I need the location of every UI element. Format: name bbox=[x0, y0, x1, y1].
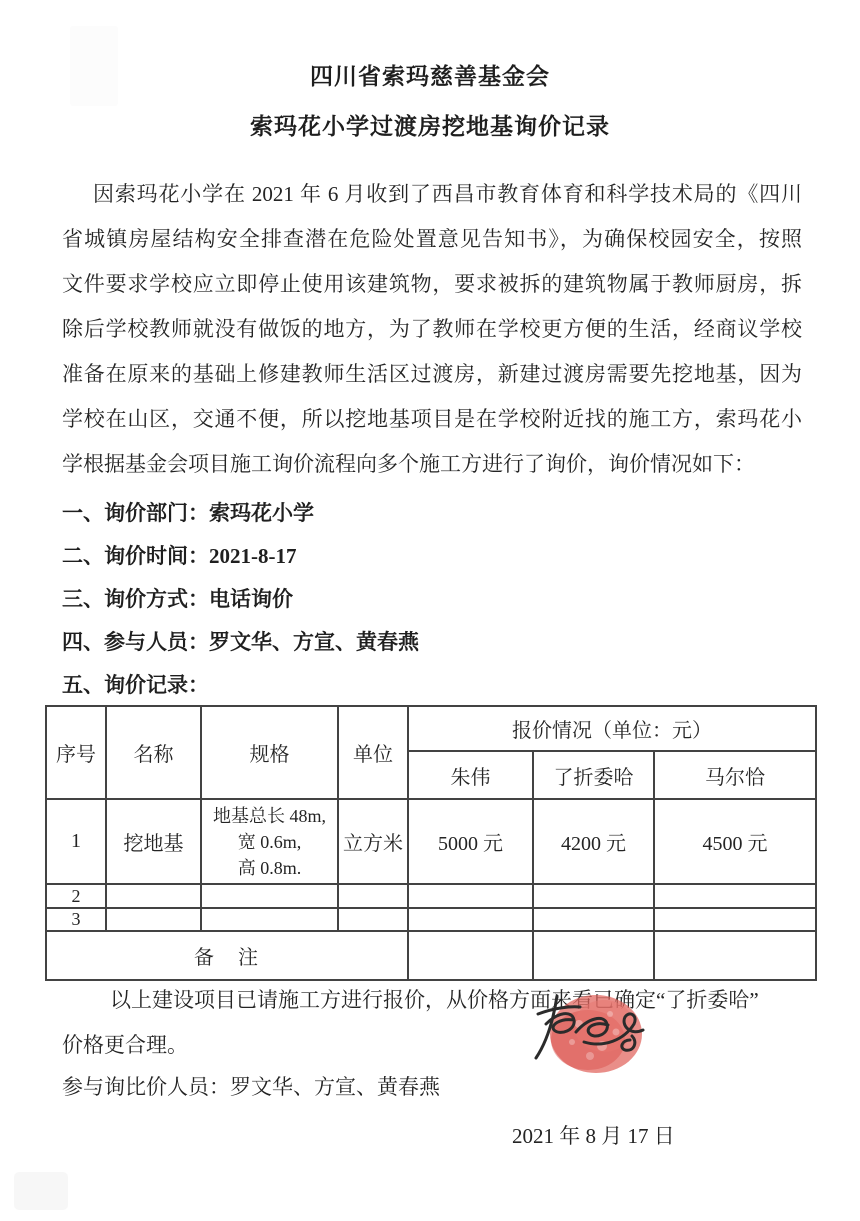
conclusion-line: 以上建设项目已请施工方进行报价，从价格方面来看已确定“了折委哈” bbox=[62, 978, 802, 1023]
conclusion-paragraph: 以上建设项目已请施工方进行报价，从价格方面来看已确定“了折委哈” 价格更合理。 bbox=[62, 978, 802, 1068]
cell-quote-1: 5000 元 bbox=[408, 799, 533, 884]
cell-seq: 2 bbox=[46, 884, 106, 908]
body-line: 除后学校教师就没有做饭的地方，为了教师在学校更方便的生活，经商议学校 bbox=[62, 307, 802, 352]
cell-quote-1 bbox=[408, 908, 533, 931]
fingerprint-signature-stamp bbox=[524, 984, 658, 1080]
body-line: 学根据基金会项目施工询价流程向多个施工方进行了询价，询价情况如下： bbox=[62, 442, 802, 487]
spec-line: 高 0.8m. bbox=[204, 855, 335, 881]
cell-spec: 地基总长 48m, 宽 0.6m, 高 0.8m. bbox=[201, 799, 338, 884]
body-line: 学校在山区，交通不便，所以挖地基项目是在学校附近找的施工方，索玛花小 bbox=[62, 397, 802, 442]
document-page: 四川省索玛慈善基金会 索玛花小学过渡房挖地基询价记录 因索玛花小学在 2021 … bbox=[0, 0, 860, 1221]
inquiry-item-date: 二、询价时间：2021-8-17 bbox=[62, 535, 802, 578]
col-header-bidder-1: 朱伟 bbox=[408, 751, 533, 799]
scan-artifact bbox=[14, 1172, 68, 1210]
table-row: 1 挖地基 地基总长 48m, 宽 0.6m, 高 0.8m. 立方米 5000… bbox=[46, 799, 816, 884]
cell-quote-3 bbox=[654, 908, 816, 931]
cell-quote-2: 4200 元 bbox=[533, 799, 654, 884]
inquiry-info-list: 一、询价部门：索玛花小学 二、询价时间：2021-8-17 三、询价方式：电话询… bbox=[62, 492, 802, 707]
cell-quote-3: 4500 元 bbox=[654, 799, 816, 884]
inquiry-item-department: 一、询价部门：索玛花小学 bbox=[62, 492, 802, 535]
cell-quote-2 bbox=[533, 908, 654, 931]
body-line: 准备在原来的基础上修建教师生活区过渡房，新建过渡房需要先挖地基，因为 bbox=[62, 352, 802, 397]
fingerprint-stamp-graphic bbox=[524, 984, 658, 1080]
cell-spec bbox=[201, 884, 338, 908]
cell-spec bbox=[201, 908, 338, 931]
remark-cell-1 bbox=[408, 931, 533, 980]
col-header-seq: 序号 bbox=[46, 706, 106, 799]
remark-cell-2 bbox=[533, 931, 654, 980]
cell-unit bbox=[338, 908, 408, 931]
cell-name: 挖地基 bbox=[106, 799, 201, 884]
quotation-table: 序号 名称 规格 单位 报价情况（单位：元） 朱伟 了折委哈 马尔恰 1 挖地基… bbox=[45, 705, 817, 981]
table-header-row: 序号 名称 规格 单位 报价情况（单位：元） bbox=[46, 706, 816, 751]
inquiry-item-record: 五、询价记录： bbox=[62, 664, 802, 707]
inquiry-item-participants: 四、参与人员：罗文华、方宣、黄春燕 bbox=[62, 621, 802, 664]
inquiry-item-method: 三、询价方式：电话询价 bbox=[62, 578, 802, 621]
document-date: 2021 年 8 月 17 日 bbox=[512, 1120, 675, 1150]
table-row: 3 bbox=[46, 908, 816, 931]
cell-name bbox=[106, 908, 201, 931]
cell-quote-3 bbox=[654, 884, 816, 908]
page-subtitle: 索玛花小学过渡房挖地基询价记录 bbox=[0, 108, 860, 141]
remark-label: 备 注 bbox=[46, 931, 408, 980]
body-line: 因索玛花小学在 2021 年 6 月收到了西昌市教育体育和科学技术局的《四川 bbox=[62, 172, 802, 217]
participants-line: 参与询比价人员：罗文华、方宣、黄春燕 bbox=[62, 1072, 802, 1102]
spec-line: 地基总长 48m, bbox=[204, 803, 335, 829]
spec-line: 宽 0.6m, bbox=[204, 829, 335, 855]
col-header-spec: 规格 bbox=[201, 706, 338, 799]
cell-unit bbox=[338, 884, 408, 908]
col-header-bidder-3: 马尔恰 bbox=[654, 751, 816, 799]
col-header-quote-group: 报价情况（单位：元） bbox=[408, 706, 816, 751]
body-line: 文件要求学校应立即停止使用该建筑物，要求被拆的建筑物属于教师厨房，拆 bbox=[62, 262, 802, 307]
cell-seq: 1 bbox=[46, 799, 106, 884]
col-header-name: 名称 bbox=[106, 706, 201, 799]
conclusion-line: 价格更合理。 bbox=[62, 1023, 802, 1068]
page-title: 四川省索玛慈善基金会 bbox=[0, 58, 860, 91]
remark-cell-3 bbox=[654, 931, 816, 980]
cell-name bbox=[106, 884, 201, 908]
col-header-unit: 单位 bbox=[338, 706, 408, 799]
table-row: 2 bbox=[46, 884, 816, 908]
body-paragraph: 因索玛花小学在 2021 年 6 月收到了西昌市教育体育和科学技术局的《四川 省… bbox=[62, 172, 802, 487]
cell-seq: 3 bbox=[46, 908, 106, 931]
col-header-bidder-2: 了折委哈 bbox=[533, 751, 654, 799]
body-line: 省城镇房屋结构安全排查潜在危险处置意见告知书》，为确保校园安全，按照 bbox=[62, 217, 802, 262]
cell-quote-1 bbox=[408, 884, 533, 908]
cell-unit: 立方米 bbox=[338, 799, 408, 884]
cell-quote-2 bbox=[533, 884, 654, 908]
table-remark-row: 备 注 bbox=[46, 931, 816, 980]
